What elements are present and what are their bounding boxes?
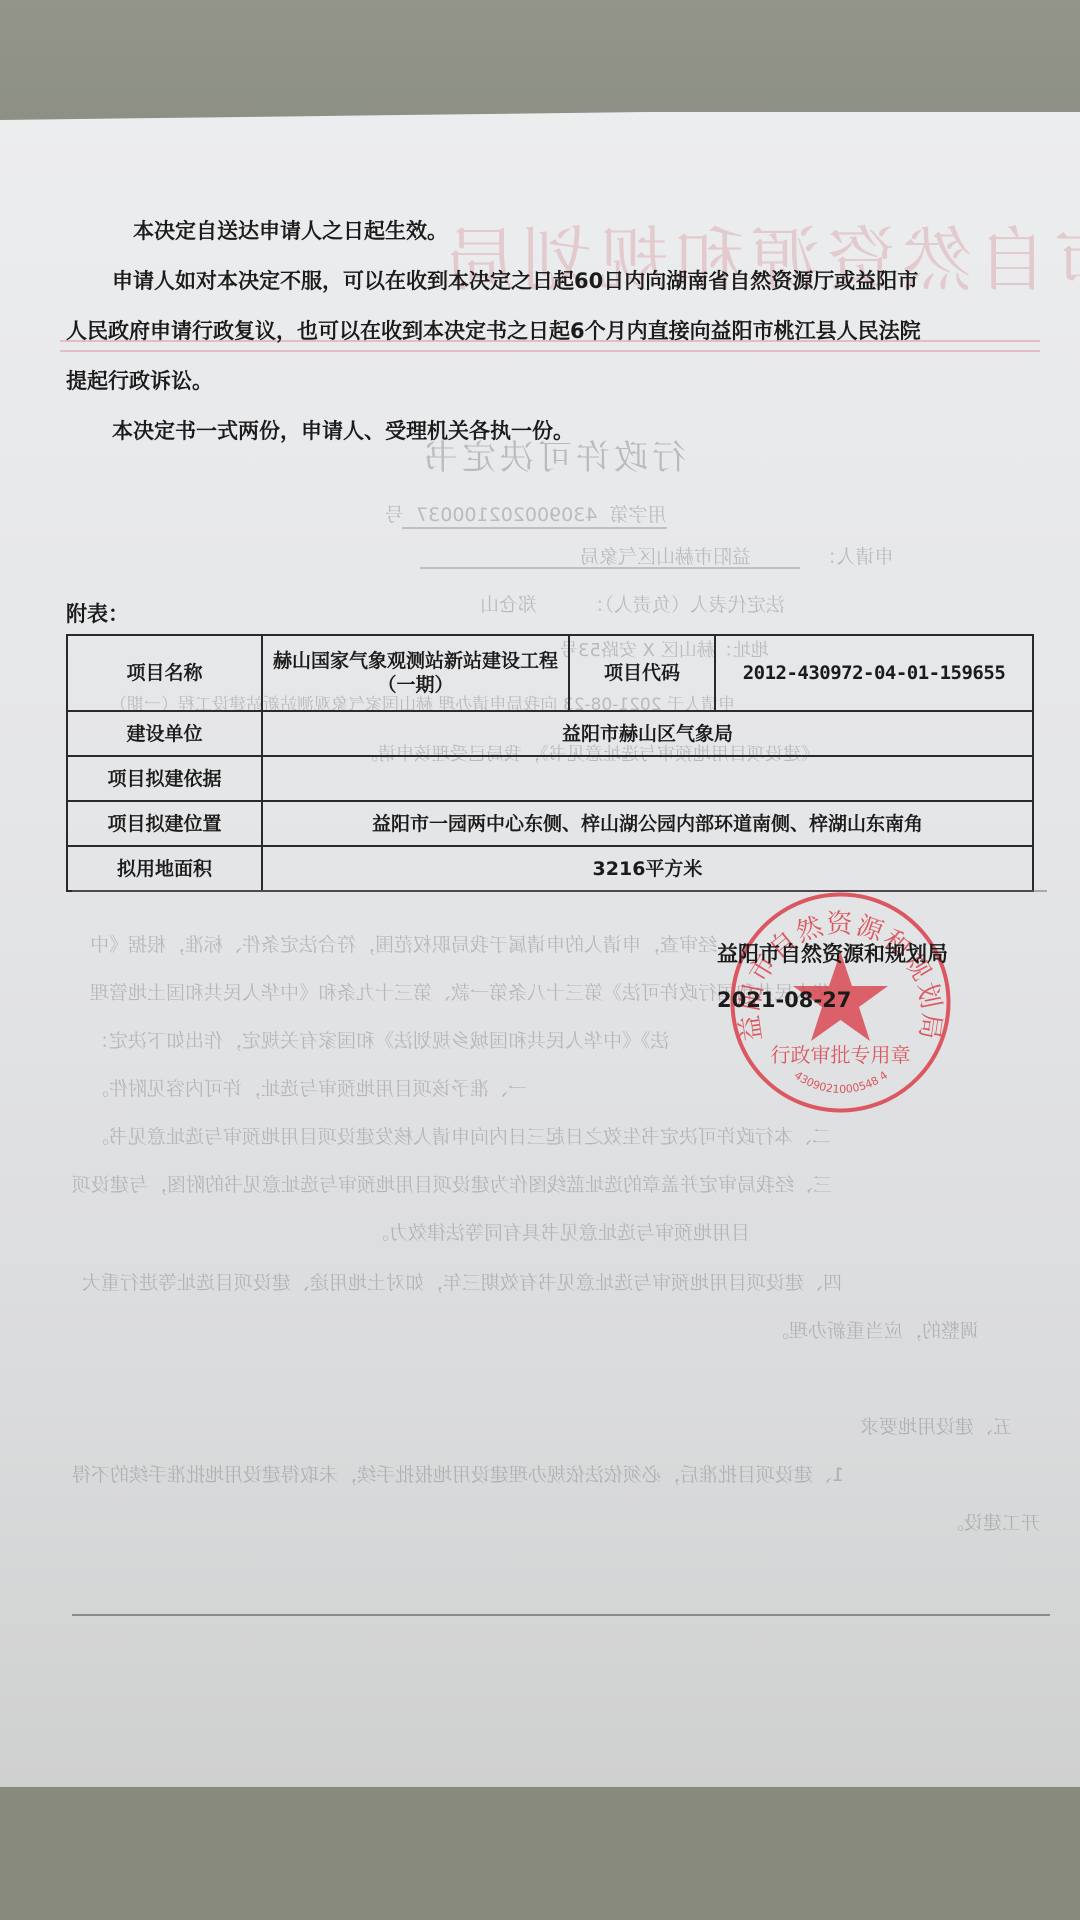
bleed-doc-number-suffix: 号 [385,504,404,526]
basis-label: 项目拟建依据 [67,756,262,801]
bleed-doc-number-prefix: 用字第 [610,504,667,526]
bleed-line: 四、建设项目用地预审与选址意见书有效期三年，如对土地用途、建设项目选址等进行重大 [82,1268,842,1295]
bleed-legal-rep: 法定代表人（负责人）： 郑仓山 [480,590,785,617]
signing-organization: 益阳市自然资源和规划局 [717,938,948,968]
basis-value [262,756,1033,801]
bleed-legal-rep-label: 法定代表人（负责人）： [585,594,785,616]
bleed-doc-number: 430900202100037 [416,504,597,526]
location-value: 益阳市一园两中心东侧、梓山湖公园内部环道南侧、梓湖山东南角 [262,801,1033,846]
background-surface-bottom [0,1785,1080,1920]
area-label: 拟用地面积 [67,846,262,891]
project-name-value: 赫山国家气象观测站新站建设工程（一期） [262,635,569,711]
bottom-rule [72,1614,1050,1616]
location-label: 项目拟建位置 [67,801,262,846]
table-row-builder: 建设单位 益阳市赫山区气象局 [67,711,1033,756]
bleed-line: 一、准予该项目用地预审与选址，许可内容见附件。 [90,1074,527,1101]
bleed-line: 法》《中华人民共和国城乡规划法》和国家有关规定，作出如下决定： [90,1026,670,1053]
bleed-line: 三、经我局审定并盖章的选址蓝线图作为建设项目用地预审与选址意见书的附图，与建设项 [72,1170,832,1197]
bleed-underline-2 [420,567,800,569]
bleed-line: 二、本行政许可决定书生效之日起三日内向申请人核发建设项目用地预审与选址意见书。 [90,1122,831,1149]
bleed-legal-rep-value: 郑仓山 [480,594,537,616]
document-page: 益阳市自然资源和规划局 行政许可决定书 用字第 430900202100037 … [0,112,1080,1787]
table-row-location: 项目拟建位置 益阳市一园两中心东侧、梓山湖公园内部环道南侧、梓湖山东南角 [67,801,1033,846]
area-value: 3216平方米 [262,846,1033,891]
project-code-label: 项目代码 [569,635,715,711]
svg-text:行政审批专用章: 行政审批专用章 [771,1043,911,1067]
bleed-applicant-label: 申请人： [817,546,893,568]
bleed-doc-number-line: 用字第 430900202100037 号 [385,500,667,527]
appendix-label: 附表： [66,598,129,628]
table-row-area: 拟用地面积 3216平方米 [67,846,1033,891]
project-table: 项目名称 赫山国家气象观测站新站建设工程（一期） 项目代码 2012-43097… [66,634,1034,892]
bleed-red-rule-2 [60,350,1040,352]
bleed-line: 开工建设。 [945,1508,1040,1535]
signing-date: 2021-08-27 [717,988,851,1012]
bleed-line: 1、建设项目批准后，必须依法依规办理建设用地报批手续，未取得建设用地批准手续的不… [72,1460,844,1487]
paragraph-effective: 本决定自送达申请人之日起生效。 [133,215,448,245]
svg-text:4309021000548 4: 4309021000548 4 [792,1069,890,1096]
project-code-value: 2012-430972-04-01-159655 [715,635,1033,711]
paragraph-copies: 本决定书一式两份，申请人、受理机关各执一份。 [112,415,574,445]
bleed-line: 调整的，应当重新办理。 [770,1316,979,1343]
bleed-applicant: 申请人： 益阳市赫山区气象局 [580,542,893,569]
paragraph-appeal-3: 提起行政诉讼。 [66,365,213,395]
project-name-label: 项目名称 [67,635,262,711]
table-row-project-name: 项目名称 赫山国家气象观测站新站建设工程（一期） 项目代码 2012-43097… [67,635,1033,711]
bleed-underline [402,527,667,529]
bleed-line: 目用地预审与选址意见书具有同等法律效力。 [370,1218,750,1245]
bleed-line: 经审查，申请人的申请属于我局职权范围，符合法定条件、标准，根据《中 [90,930,717,957]
bleed-applicant-value: 益阳市赫山区气象局 [580,546,751,568]
paragraph-appeal-2: 人民政府申请行政复议，也可以在收到本决定书之日起6个月内直接向益阳市桃江县人民法… [66,315,921,345]
builder-label: 建设单位 [67,711,262,756]
table-row-basis: 项目拟建依据 [67,756,1033,801]
paragraph-appeal-1: 申请人如对本决定不服，可以在收到本决定之日起60日内向湖南省自然资源厅或益阳市 [112,265,918,295]
builder-value: 益阳市赫山区气象局 [262,711,1033,756]
background-surface-top [0,0,1080,120]
bleed-line: 五、建设用地要求 [860,1412,1012,1439]
